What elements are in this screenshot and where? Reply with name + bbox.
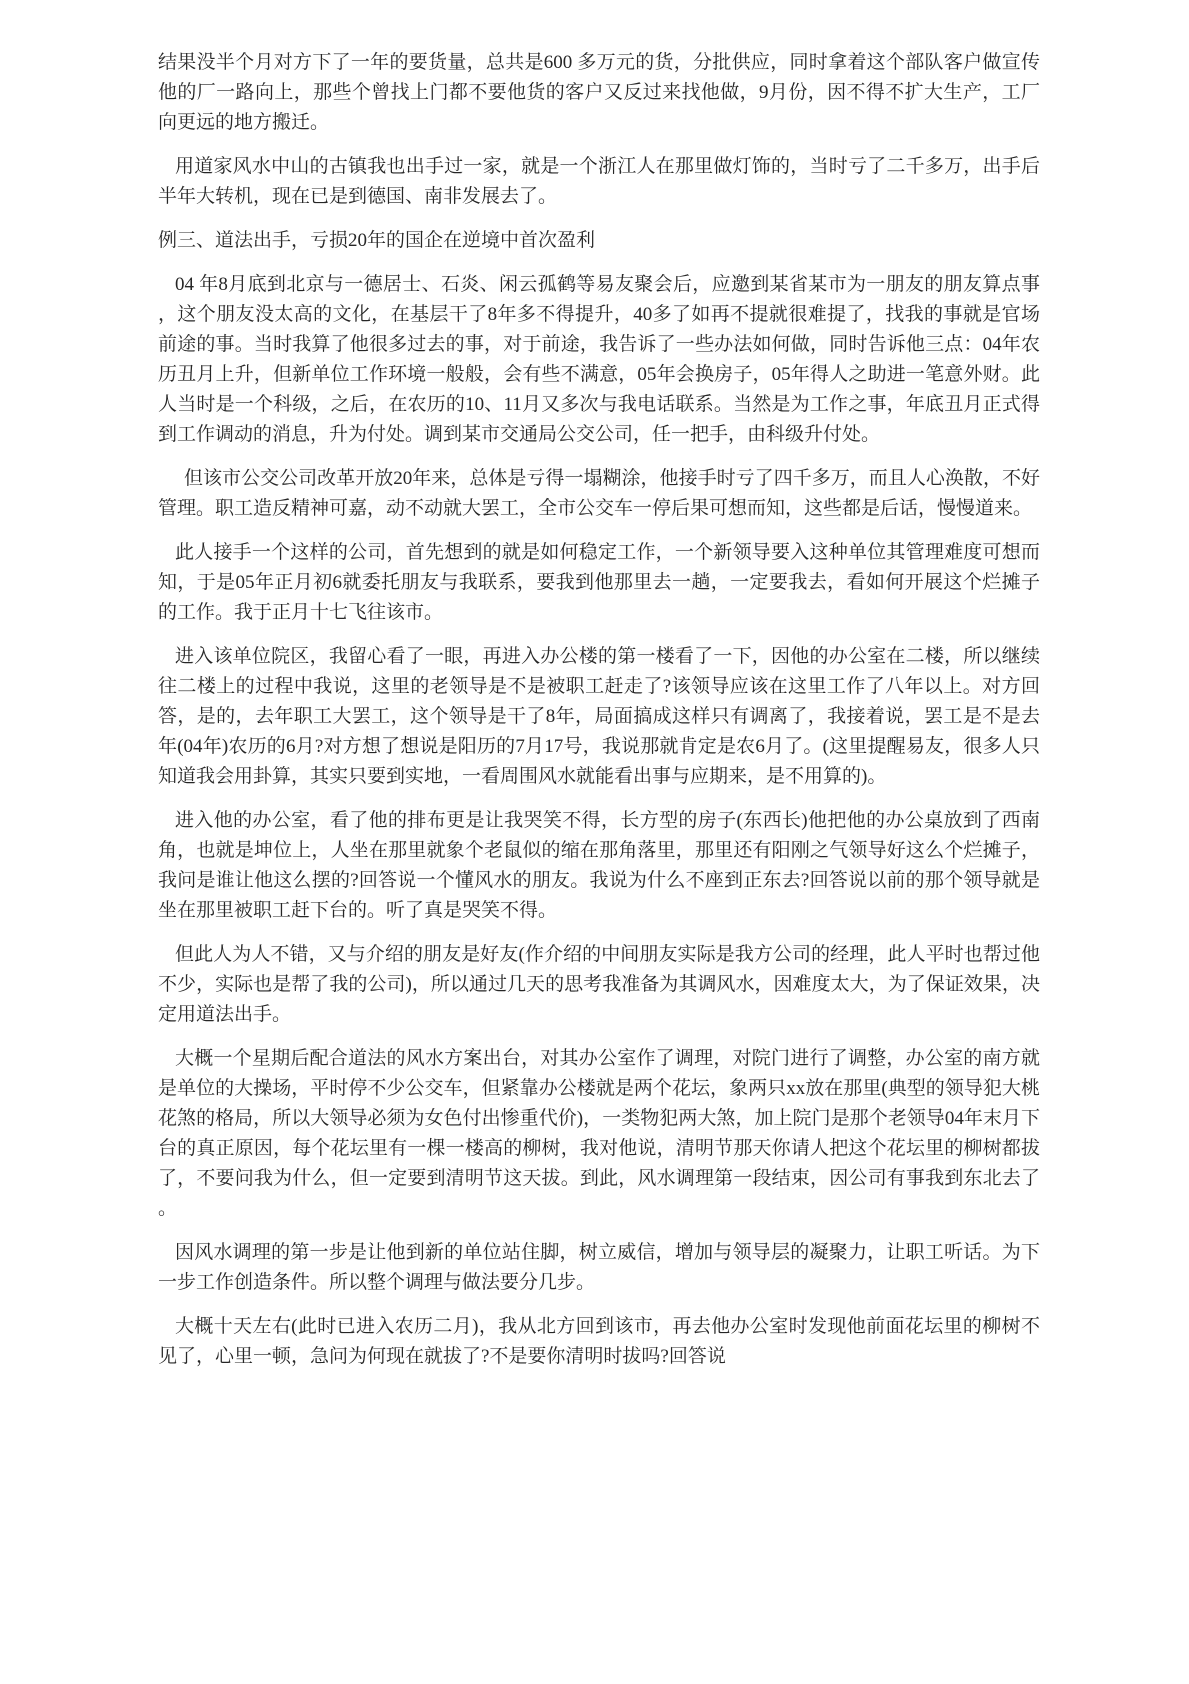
document-page: 结果没半个月对方下了一年的要货量，总共是600 多万元的货，分批供应，同时拿着这… <box>0 0 1189 1684</box>
document-paragraph: 因风水调理的第一步是让他到新的单位站住脚，树立威信，增加与领导层的凝聚力，让职工… <box>158 1238 1040 1298</box>
document-paragraph: 但此人为人不错，又与介绍的朋友是好友(作介绍的中间朋友实际是我方公司的经理，此人… <box>158 940 1040 1030</box>
document-paragraph: 用道家风水中山的古镇我也出手过一家，就是一个浙江人在那里做灯饰的，当时亏了二千多… <box>158 152 1040 212</box>
document-paragraph: 此人接手一个这样的公司，首先想到的就是如何稳定工作，一个新领导要入这种单位其管理… <box>158 538 1040 628</box>
document-paragraph: 04 年8月底到北京与一德居士、石炎、闲云孤鹤等易友聚会后，应邀到某省某市为一朋… <box>158 270 1040 450</box>
page-content: 结果没半个月对方下了一年的要货量，总共是600 多万元的货，分批供应，同时拿着这… <box>158 48 1040 1386</box>
document-paragraph: 但该市公交公司改革开放20年来，总体是亏得一塌糊涂，他接手时亏了四千多万，而且人… <box>158 464 1040 524</box>
document-paragraph: 大概一个星期后配合道法的风水方案出台，对其办公室作了调理，对院门进行了调整，办公… <box>158 1044 1040 1224</box>
document-paragraph: 大概十天左右(此时已进入农历二月)，我从北方回到该市，再去他办公室时发现他前面花… <box>158 1312 1040 1372</box>
document-paragraph: 结果没半个月对方下了一年的要货量，总共是600 多万元的货，分批供应，同时拿着这… <box>158 48 1040 138</box>
document-paragraph: 进入他的办公室，看了他的排布更是让我哭笑不得，长方型的房子(东西长)他把他的办公… <box>158 806 1040 926</box>
document-paragraph: 进入该单位院区，我留心看了一眼，再进入办公楼的第一楼看了一下，因他的办公室在二楼… <box>158 642 1040 792</box>
section-heading: 例三、道法出手，亏损20年的国企在逆境中首次盈利 <box>158 226 1040 256</box>
